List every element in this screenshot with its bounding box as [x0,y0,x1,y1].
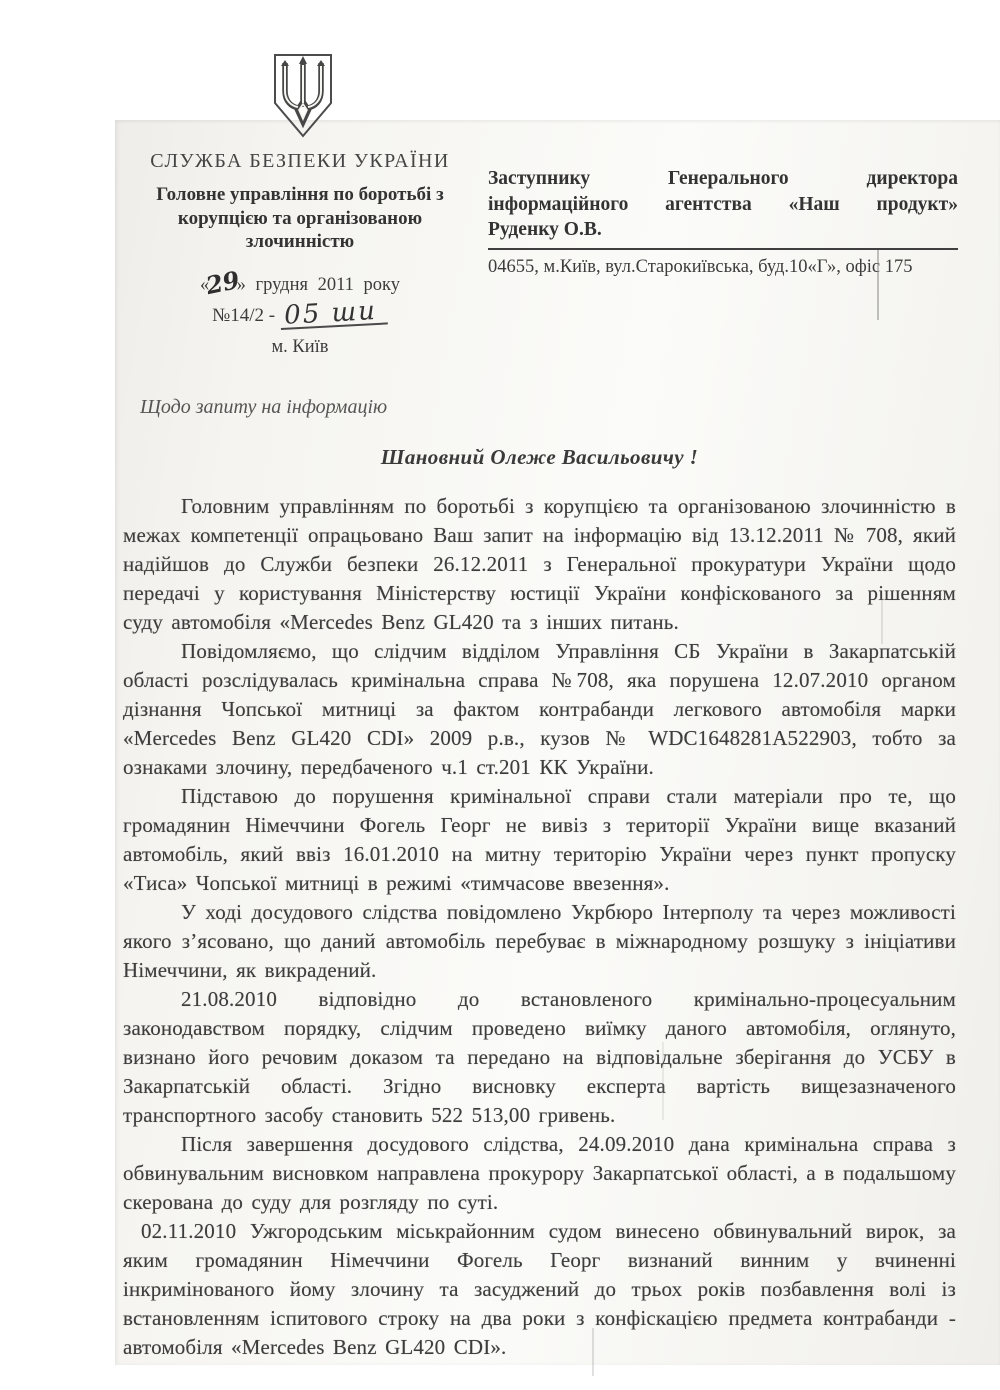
sender-division-line: злочинністю [125,230,475,254]
ukraine-trident-emblem [268,50,338,142]
recipient-line-3: Руденку О.В. [488,217,958,243]
sender-city: м. Київ [125,337,475,358]
letter-body: Головним управлінням по боротьбі з коруп… [123,492,956,1362]
recipient-address: 04655, м.Київ, вул.Старокиївська, буд.10… [488,257,958,278]
body-paragraph: Головним управлінням по боротьбі з коруп… [123,492,956,637]
body-paragraph: 02.11.2010 Ужгородським міськрайонним су… [123,1217,956,1362]
scan-artifact-line [877,250,879,320]
recipient-divider [488,248,958,250]
sender-division-line: Головне управління по боротьбі з [125,183,475,207]
date-text: грудня 2011 року [255,275,400,295]
scanned-letter-page: СЛУЖБА БЕЗПЕКИ УКРАЇНИ Головне управлінн… [0,0,1000,1390]
ref-prefix: №14/2 - [212,305,275,326]
scan-artifact-line [592,1328,594,1376]
body-paragraph: Після завершення досудового слідства, 24… [123,1130,956,1217]
body-paragraph: У ході досудового слідства повідомлено У… [123,898,956,985]
sender-division: Головне управління по боротьбі з корупці… [125,183,475,254]
letter-date: «29» грудня 2011 року [125,267,475,296]
handwritten-ref: 05 ши [280,299,388,330]
recipient-line-2: інформаційного агентства «Наш продукт» [488,192,958,218]
sender-organization: СЛУЖБА БЕЗПЕКИ УКРАЇНИ [125,150,475,173]
body-paragraph: Підставою до порушення кримінальної спра… [123,782,956,898]
recipient-line-1: Заступнику Генерального директора [488,166,958,192]
sender-division-line: корупцією та організованою [125,207,475,231]
body-paragraph: Повідомляємо, що слідчим відділом Управл… [123,637,956,782]
subject-line: Щодо запиту на інформацію [140,396,387,419]
scan-artifact-line [662,1042,664,1120]
recipient-block: Заступнику Генерального директора інформ… [488,166,958,278]
scan-artifact-line [881,598,883,644]
salutation-line: Шановний Олеже Васильовичу ! [123,445,956,470]
handwritten-day: 29 [204,264,243,299]
reference-number: №14/2 -05 ши [125,302,475,327]
sender-block: СЛУЖБА БЕЗПЕКИ УКРАЇНИ Головне управлінн… [125,150,475,358]
body-paragraph: 21.08.2010 відповідно до встановленого к… [123,985,956,1130]
